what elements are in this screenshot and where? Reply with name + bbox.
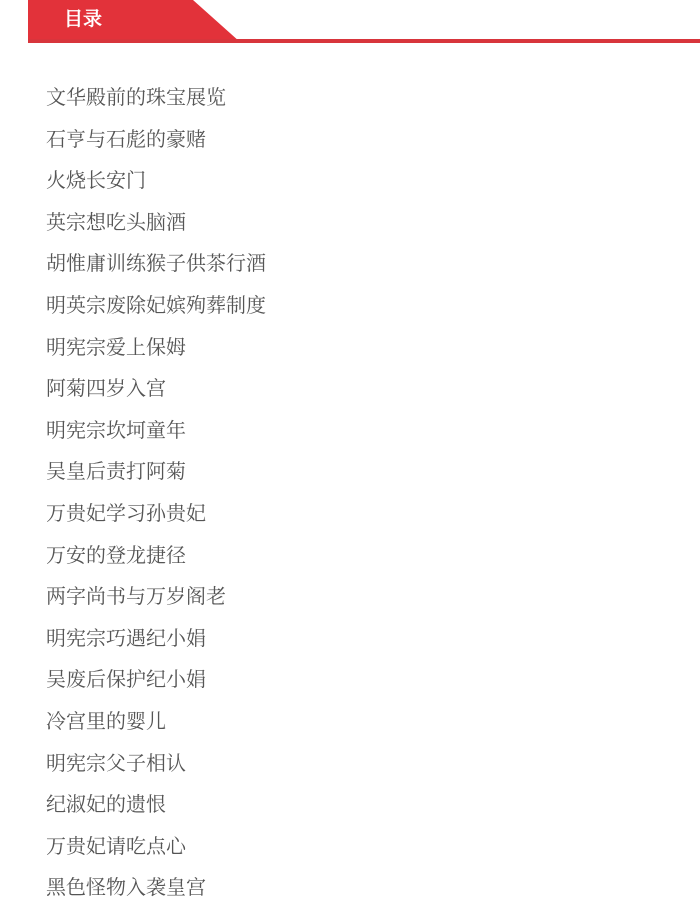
toc-title: 目录: [64, 6, 102, 32]
toc-item[interactable]: 火烧长安门: [46, 165, 266, 207]
toc-item[interactable]: 万安的登龙捷径: [46, 540, 266, 582]
toc-header: 目录: [0, 0, 700, 46]
toc-item[interactable]: 英宗想吃头脑酒: [46, 207, 266, 249]
toc-item[interactable]: 两字尚书与万岁阁老: [46, 581, 266, 623]
toc-list: 文华殿前的珠宝展览 石亨与石彪的豪赌 火烧长安门 英宗想吃头脑酒 胡惟庸训练猴子…: [46, 82, 266, 909]
toc-item[interactable]: 吴废后保护纪小娟: [46, 664, 266, 706]
toc-item[interactable]: 明宪宗巧遇纪小娟: [46, 623, 266, 665]
toc-item[interactable]: 万贵妃请吃点心: [46, 831, 266, 873]
toc-item[interactable]: 明宪宗坎坷童年: [46, 415, 266, 457]
toc-item[interactable]: 吴皇后责打阿菊: [46, 456, 266, 498]
toc-item[interactable]: 冷宫里的婴儿: [46, 706, 266, 748]
toc-item[interactable]: 文华殿前的珠宝展览: [46, 82, 266, 124]
toc-title-tab: [28, 0, 240, 42]
toc-item[interactable]: 阿菊四岁入宫: [46, 373, 266, 415]
toc-item[interactable]: 明宪宗父子相认: [46, 748, 266, 790]
toc-item[interactable]: 石亨与石彪的豪赌: [46, 124, 266, 166]
toc-item[interactable]: 黑色怪物入袭皇宫: [46, 872, 266, 909]
toc-item[interactable]: 明英宗废除妃嫔殉葬制度: [46, 290, 266, 332]
toc-item[interactable]: 胡惟庸训练猴子供茶行酒: [46, 248, 266, 290]
toc-item[interactable]: 万贵妃学习孙贵妃: [46, 498, 266, 540]
toc-item[interactable]: 明宪宗爱上保姆: [46, 332, 266, 374]
header-divider: [28, 39, 700, 43]
toc-item[interactable]: 纪淑妃的遗恨: [46, 789, 266, 831]
